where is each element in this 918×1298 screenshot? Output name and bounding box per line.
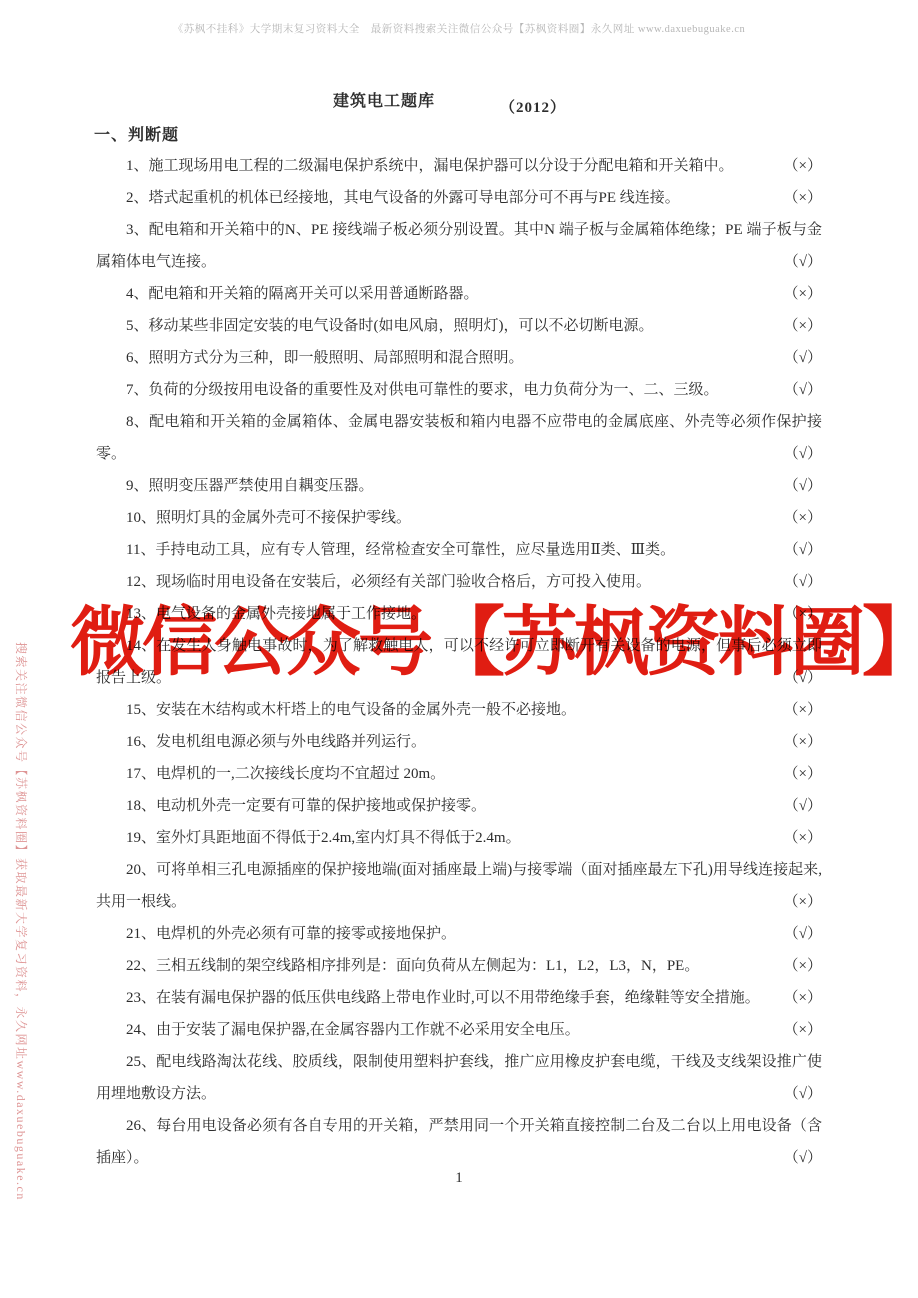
answer-mark: （×） xyxy=(784,278,822,310)
question-number: 8、 xyxy=(126,414,149,430)
question-number: 14、 xyxy=(126,638,156,654)
answer-mark: （√） xyxy=(784,790,822,822)
question-text: 配电线路淘汰花线、胶质线，限制使用塑料护套线，推广应用橡皮护套电缆，干线及支线架… xyxy=(96,1054,822,1102)
question-text: 配电箱和开关箱中的N、PE 接线端子板必须分别设置。其中N 端子板与金属箱体绝缘… xyxy=(96,222,822,270)
question-item: 13、电气设备的金属外壳接地属于工作接地。 （×） xyxy=(96,598,822,630)
question-text: 安装在木结构或木杆塔上的电气设备的金属外壳一般不必接地。 xyxy=(156,702,576,718)
answer-mark: （×） xyxy=(784,1014,822,1046)
question-item: 6、照明方式分为三种，即一般照明、局部照明和混合照明。 （√） xyxy=(96,342,822,374)
question-item: 22、三相五线制的架空线路相序排列是：面向负荷从左侧起为：L1，L2，L3，N，… xyxy=(96,950,822,982)
answer-mark: （×） xyxy=(784,822,822,854)
answer-mark: （√） xyxy=(784,1078,822,1110)
question-text: 电焊机的一,二次接线长度均不宜超过 20m。 xyxy=(156,766,445,782)
question-item: 9、照明变压器严禁使用自耦变压器。 （√） xyxy=(96,470,822,502)
question-item: 10、照明灯具的金属外壳可不接保护零线。 （×） xyxy=(96,502,822,534)
header-watermark: 《苏枫不挂科》大学期末复习资料大全 最新资料搜索关注微信公众号【苏枫资料圈】永久… xyxy=(0,21,918,36)
answer-mark: （×） xyxy=(784,758,822,790)
question-number: 10、 xyxy=(126,510,156,526)
question-text: 由于安装了漏电保护器,在金属容器内工作就不必采用安全电压。 xyxy=(156,1022,580,1038)
question-number: 3、 xyxy=(126,222,149,238)
question-item: 1、施工现场用电工程的二级漏电保护系统中，漏电保护器可以分设于分配电箱和开关箱中… xyxy=(96,150,822,182)
answer-mark: （×） xyxy=(784,886,822,918)
question-text: 现场临时用电设备在安装后，必须经有关部门验收合格后，方可投入使用。 xyxy=(156,574,651,590)
question-item: 26、每台用电设备必须有各自专用的开关箱，严禁用同一个开关箱直接控制二台及二台以… xyxy=(96,1110,822,1174)
document-body: 一、判断题 1、施工现场用电工程的二级漏电保护系统中，漏电保护器可以分设于分配电… xyxy=(96,122,822,1174)
answer-mark: （×） xyxy=(784,982,822,1014)
question-number: 6、 xyxy=(126,350,149,366)
answer-mark: （×） xyxy=(784,694,822,726)
question-text: 配电箱和开关箱的隔离开关可以采用普通断路器。 xyxy=(149,286,479,302)
question-text: 电动机外壳一定要有可靠的保护接地或保护接零。 xyxy=(156,798,486,814)
question-text: 可将单相三孔电源插座的保护接地端(面对插座最上端)与接零端（面对插座最左下孔)用… xyxy=(96,862,822,910)
question-number: 24、 xyxy=(126,1022,156,1038)
question-number: 11、 xyxy=(126,542,155,558)
question-item: 2、塔式起重机的机体已经接地，其电气设备的外露可导电部分可不再与PE 线连接。 … xyxy=(96,182,822,214)
question-number: 12、 xyxy=(126,574,156,590)
question-number: 25、 xyxy=(126,1054,156,1070)
question-item: 8、配电箱和开关箱的金属箱体、金属电器安装板和箱内电器不应带电的金属底座、外壳等… xyxy=(96,406,822,470)
question-item: 14、在发生人身触电事故时，为了解救触电人，可以不经许可立即断开有关设备的电源，… xyxy=(96,630,822,694)
question-text: 三相五线制的架空线路相序排列是：面向负荷从左侧起为：L1，L2，L3，N，PE。 xyxy=(156,958,699,974)
question-item: 3、配电箱和开关箱中的N、PE 接线端子板必须分别设置。其中N 端子板与金属箱体… xyxy=(96,214,822,278)
answer-mark: （×） xyxy=(784,182,822,214)
question-number: 2、 xyxy=(126,190,149,206)
question-number: 16、 xyxy=(126,734,156,750)
question-text: 施工现场用电工程的二级漏电保护系统中，漏电保护器可以分设于分配电箱和开关箱中。 xyxy=(149,158,734,174)
answer-mark: （×） xyxy=(784,598,822,630)
answer-mark: （√） xyxy=(784,470,822,502)
side-watermark: 搜索关注微信公众号【苏枫资料圈】获取最新大学复习资料，永久网址www.daxue… xyxy=(13,642,30,1201)
question-item: 12、现场临时用电设备在安装后，必须经有关部门验收合格后，方可投入使用。 （√） xyxy=(96,566,822,598)
question-item: 15、安装在木结构或木杆塔上的电气设备的金属外壳一般不必接地。 （×） xyxy=(96,694,822,726)
question-number: 5、 xyxy=(126,318,149,334)
question-item: 16、发电机组电源必须与外电线路并列运行。 （×） xyxy=(96,726,822,758)
question-item: 21、电焊机的外壳必须有可靠的接零或接地保护。 （√） xyxy=(96,918,822,950)
question-number: 20、 xyxy=(126,862,156,878)
question-number: 17、 xyxy=(126,766,156,782)
question-text: 电焊机的外壳必须有可靠的接零或接地保护。 xyxy=(156,926,456,942)
question-text: 室外灯具距地面不得低于2.4m,室内灯具不得低于2.4m。 xyxy=(156,830,521,846)
question-item: 11、手持电动工具，应有专人管理，经常检查安全可靠性，应尽量选用Ⅱ类、Ⅲ类。 （… xyxy=(96,534,822,566)
question-text: 在发生人身触电事故时，为了解救触电人，可以不经许可立即断开有关设备的电源，但事后… xyxy=(96,638,822,686)
question-text: 负荷的分级按用电设备的重要性及对供电可靠性的要求，电力负荷分为一、二、三级。 xyxy=(149,382,719,398)
answer-mark: （√） xyxy=(784,918,822,950)
question-number: 7、 xyxy=(126,382,149,398)
question-list: 1、施工现场用电工程的二级漏电保护系统中，漏电保护器可以分设于分配电箱和开关箱中… xyxy=(96,150,822,1174)
question-text: 移动某些非固定安装的电气设备时(如电风扇，照明灯)，可以不必切断电源。 xyxy=(149,318,654,334)
question-number: 26、 xyxy=(126,1118,156,1134)
question-number: 13、 xyxy=(126,606,156,622)
page-number: 1 xyxy=(0,1170,918,1187)
answer-mark: （√） xyxy=(784,438,822,470)
question-number: 9、 xyxy=(126,478,149,494)
question-item: 19、室外灯具距地面不得低于2.4m,室内灯具不得低于2.4m。 （×） xyxy=(96,822,822,854)
answer-mark: （×） xyxy=(784,150,822,182)
question-text: 手持电动工具，应有专人管理，经常检查安全可靠性，应尽量选用Ⅱ类、Ⅲ类。 xyxy=(155,542,675,558)
answer-mark: （×） xyxy=(784,950,822,982)
question-text: 配电箱和开关箱的金属箱体、金属电器安装板和箱内电器不应带电的金属底座、外壳等必须… xyxy=(96,414,822,462)
question-item: 18、电动机外壳一定要有可靠的保护接地或保护接零。 （√） xyxy=(96,790,822,822)
answer-mark: （√） xyxy=(784,662,822,694)
question-item: 5、移动某些非固定安装的电气设备时(如电风扇，照明灯)，可以不必切断电源。 （×… xyxy=(96,310,822,342)
question-number: 1、 xyxy=(126,158,149,174)
page-title-year: （2012） xyxy=(500,96,566,117)
question-text: 照明方式分为三种，即一般照明、局部照明和混合照明。 xyxy=(149,350,524,366)
answer-mark: （×） xyxy=(784,502,822,534)
answer-mark: （√） xyxy=(784,246,822,278)
section-heading: 一、判断题 xyxy=(94,122,822,145)
answer-mark: （√） xyxy=(784,534,822,566)
question-text: 电气设备的金属外壳接地属于工作接地。 xyxy=(156,606,426,622)
question-number: 19、 xyxy=(126,830,156,846)
question-number: 23、 xyxy=(126,990,156,1006)
question-text: 在装有漏电保护器的低压供电线路上带电作业时,可以不用带绝缘手套，绝缘鞋等安全措施… xyxy=(156,990,760,1006)
question-number: 22、 xyxy=(126,958,156,974)
answer-mark: （√） xyxy=(784,342,822,374)
question-item: 7、负荷的分级按用电设备的重要性及对供电可靠性的要求，电力负荷分为一、二、三级。… xyxy=(96,374,822,406)
question-number: 21、 xyxy=(126,926,156,942)
question-item: 24、由于安装了漏电保护器,在金属容器内工作就不必采用安全电压。 （×） xyxy=(96,1014,822,1046)
question-item: 17、电焊机的一,二次接线长度均不宜超过 20m。 （×） xyxy=(96,758,822,790)
question-text: 每台用电设备必须有各自专用的开关箱，严禁用同一个开关箱直接控制二台及二台以上用电… xyxy=(96,1118,822,1166)
answer-mark: （×） xyxy=(784,310,822,342)
question-number: 18、 xyxy=(126,798,156,814)
answer-mark: （√） xyxy=(784,374,822,406)
question-item: 4、配电箱和开关箱的隔离开关可以采用普通断路器。 （×） xyxy=(96,278,822,310)
question-item: 20、可将单相三孔电源插座的保护接地端(面对插座最上端)与接零端（面对插座最左下… xyxy=(96,854,822,918)
page-title: 建筑电工题库 xyxy=(333,88,435,111)
answer-mark: （√） xyxy=(784,566,822,598)
question-item: 23、在装有漏电保护器的低压供电线路上带电作业时,可以不用带绝缘手套，绝缘鞋等安… xyxy=(96,982,822,1014)
question-text: 照明灯具的金属外壳可不接保护零线。 xyxy=(156,510,411,526)
question-text: 照明变压器严禁使用自耦变压器。 xyxy=(149,478,374,494)
question-number: 4、 xyxy=(126,286,149,302)
question-number: 15、 xyxy=(126,702,156,718)
question-text: 塔式起重机的机体已经接地，其电气设备的外露可导电部分可不再与PE 线连接。 xyxy=(149,190,680,206)
question-item: 25、配电线路淘汰花线、胶质线，限制使用塑料护套线，推广应用橡皮护套电缆，干线及… xyxy=(96,1046,822,1110)
question-text: 发电机组电源必须与外电线路并列运行。 xyxy=(156,734,426,750)
answer-mark: （×） xyxy=(784,726,822,758)
